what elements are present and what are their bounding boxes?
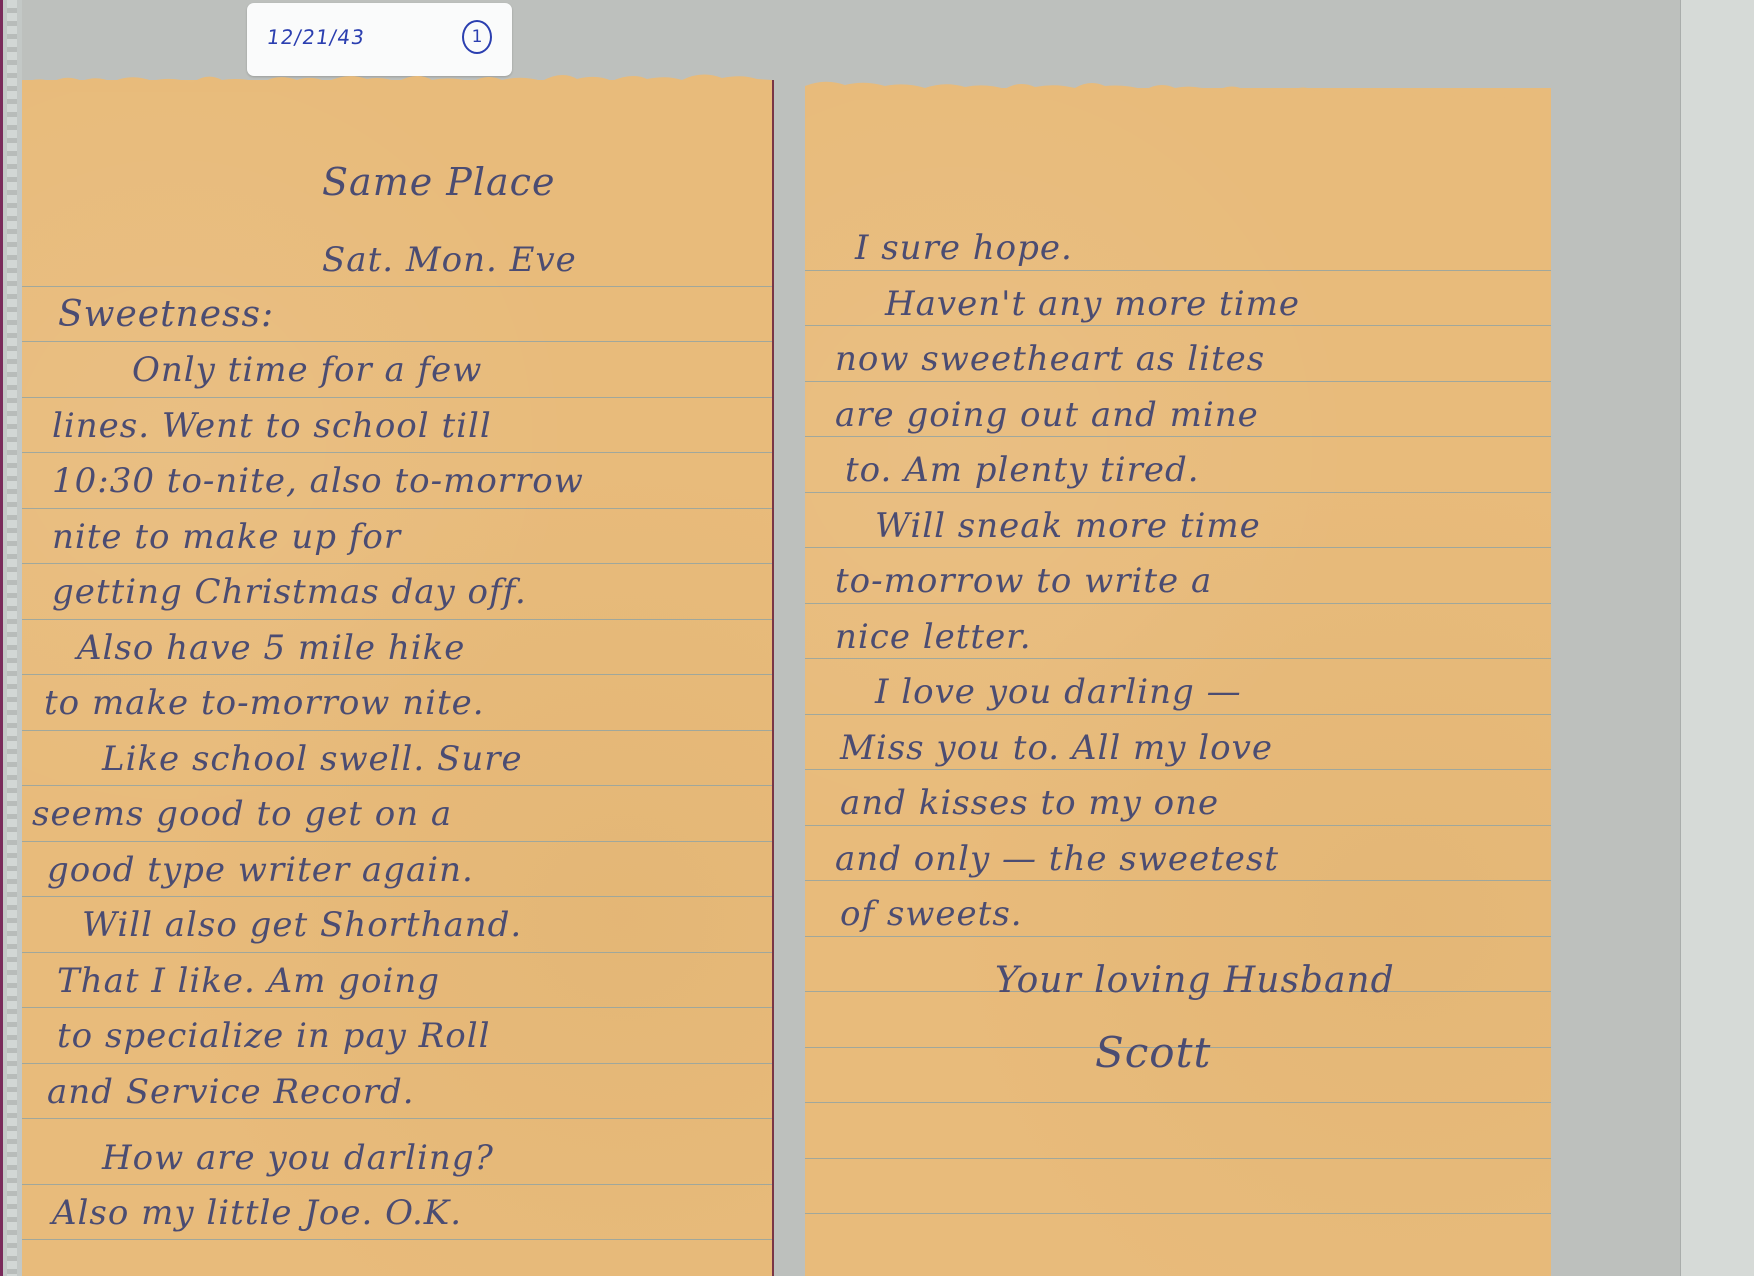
ruled-line xyxy=(805,492,1551,493)
ruled-line xyxy=(805,1102,1551,1103)
letter-line: Only time for a few xyxy=(132,350,482,390)
ruled-line xyxy=(805,769,1551,770)
letter-line: Like school swell. Sure xyxy=(102,739,523,779)
letter-line: Also my little Joe. O.K. xyxy=(52,1193,462,1233)
letter-line: Will sneak more time xyxy=(875,506,1261,546)
ruled-line xyxy=(805,936,1551,937)
letter-line: How are you darling? xyxy=(102,1138,494,1178)
letter-line: nice letter. xyxy=(835,617,1032,657)
ruled-line xyxy=(22,563,772,564)
ruled-line xyxy=(22,1118,772,1119)
letter-line: getting Christmas day off. xyxy=(52,572,527,612)
letter-line: Haven't any more time xyxy=(885,284,1300,324)
ruled-line xyxy=(805,603,1551,604)
torn-top-edge xyxy=(805,78,1551,100)
letter-date-line: Sat. Mon. Eve xyxy=(322,240,577,280)
letter-place-heading: Same Place xyxy=(322,160,555,204)
ruled-line xyxy=(805,1158,1551,1159)
ruled-line xyxy=(22,1184,772,1185)
letter-page-1: Same Place Sat. Mon. Eve Sweetness: Only… xyxy=(22,80,774,1276)
ruled-line xyxy=(22,1239,772,1240)
letter-line: to. Am plenty tired. xyxy=(845,450,1200,490)
letter-line: 10:30 to-nite, also to-morrow xyxy=(52,461,584,501)
letter-line: lines. Went to school till xyxy=(52,406,492,446)
letter-line: That I like. Am going xyxy=(57,961,440,1001)
letter-line: Will also get Shorthand. xyxy=(82,905,522,945)
letter-line: Miss you to. All my love xyxy=(840,728,1273,768)
ruled-line xyxy=(22,341,772,342)
ruled-line xyxy=(22,1063,772,1064)
ruled-line xyxy=(22,397,772,398)
ruled-line xyxy=(805,880,1551,881)
ruled-line xyxy=(22,508,772,509)
letter-line: nite to make up for xyxy=(52,517,401,557)
ruled-line xyxy=(22,286,772,287)
ruled-line xyxy=(22,841,772,842)
ruled-line xyxy=(22,785,772,786)
ruled-line xyxy=(22,730,772,731)
ruled-line xyxy=(22,896,772,897)
letter-line: and Service Record. xyxy=(47,1072,415,1112)
letter-closing: Your loving Husband xyxy=(995,960,1395,1001)
ruled-line xyxy=(805,325,1551,326)
ruled-line xyxy=(22,619,772,620)
ruled-line xyxy=(805,658,1551,659)
binder-perforations xyxy=(7,0,17,1276)
ruled-line xyxy=(805,714,1551,715)
letter-line: now sweetheart as lites xyxy=(835,339,1265,379)
binder-sleeve-edge xyxy=(0,0,22,1276)
label-page-number-circled: 1 xyxy=(462,20,492,54)
letter-line: of sweets. xyxy=(840,894,1023,934)
ruled-line xyxy=(805,381,1551,382)
letter-line: and only — the sweetest xyxy=(835,839,1279,879)
letter-line: to make to-morrow nite. xyxy=(44,683,485,723)
letter-page-2: I sure hope. Haven't any more time now s… xyxy=(805,88,1551,1276)
letter-line: Also have 5 mile hike xyxy=(77,628,465,668)
letter-salutation: Sweetness: xyxy=(58,294,274,335)
torn-top-edge xyxy=(22,70,772,92)
letter-line: to-morrow to write a xyxy=(835,561,1212,601)
letter-line: good type writer again. xyxy=(47,850,474,890)
ruled-line xyxy=(22,452,772,453)
label-date: 12/21/43 xyxy=(265,25,366,49)
letter-line: and kisses to my one xyxy=(840,783,1219,823)
ruled-line xyxy=(805,547,1551,548)
ruled-line xyxy=(22,674,772,675)
letter-line: are going out and mine xyxy=(835,395,1259,435)
letter-signature: Scott xyxy=(1095,1028,1211,1077)
ruled-line xyxy=(22,952,772,953)
ruled-line xyxy=(805,270,1551,271)
letter-line: I love you darling — xyxy=(875,672,1242,712)
ruled-line xyxy=(805,1213,1551,1214)
ruled-line xyxy=(805,436,1551,437)
ruled-line xyxy=(805,825,1551,826)
letter-line: seems good to get on a xyxy=(32,794,452,834)
archive-label-card: 12/21/43 1 xyxy=(247,3,512,76)
ruled-line xyxy=(22,1007,772,1008)
letter-line: to specialize in pay Roll xyxy=(57,1016,491,1056)
scanner-background-strip xyxy=(1680,0,1754,1276)
letter-line: I sure hope. xyxy=(855,228,1073,268)
